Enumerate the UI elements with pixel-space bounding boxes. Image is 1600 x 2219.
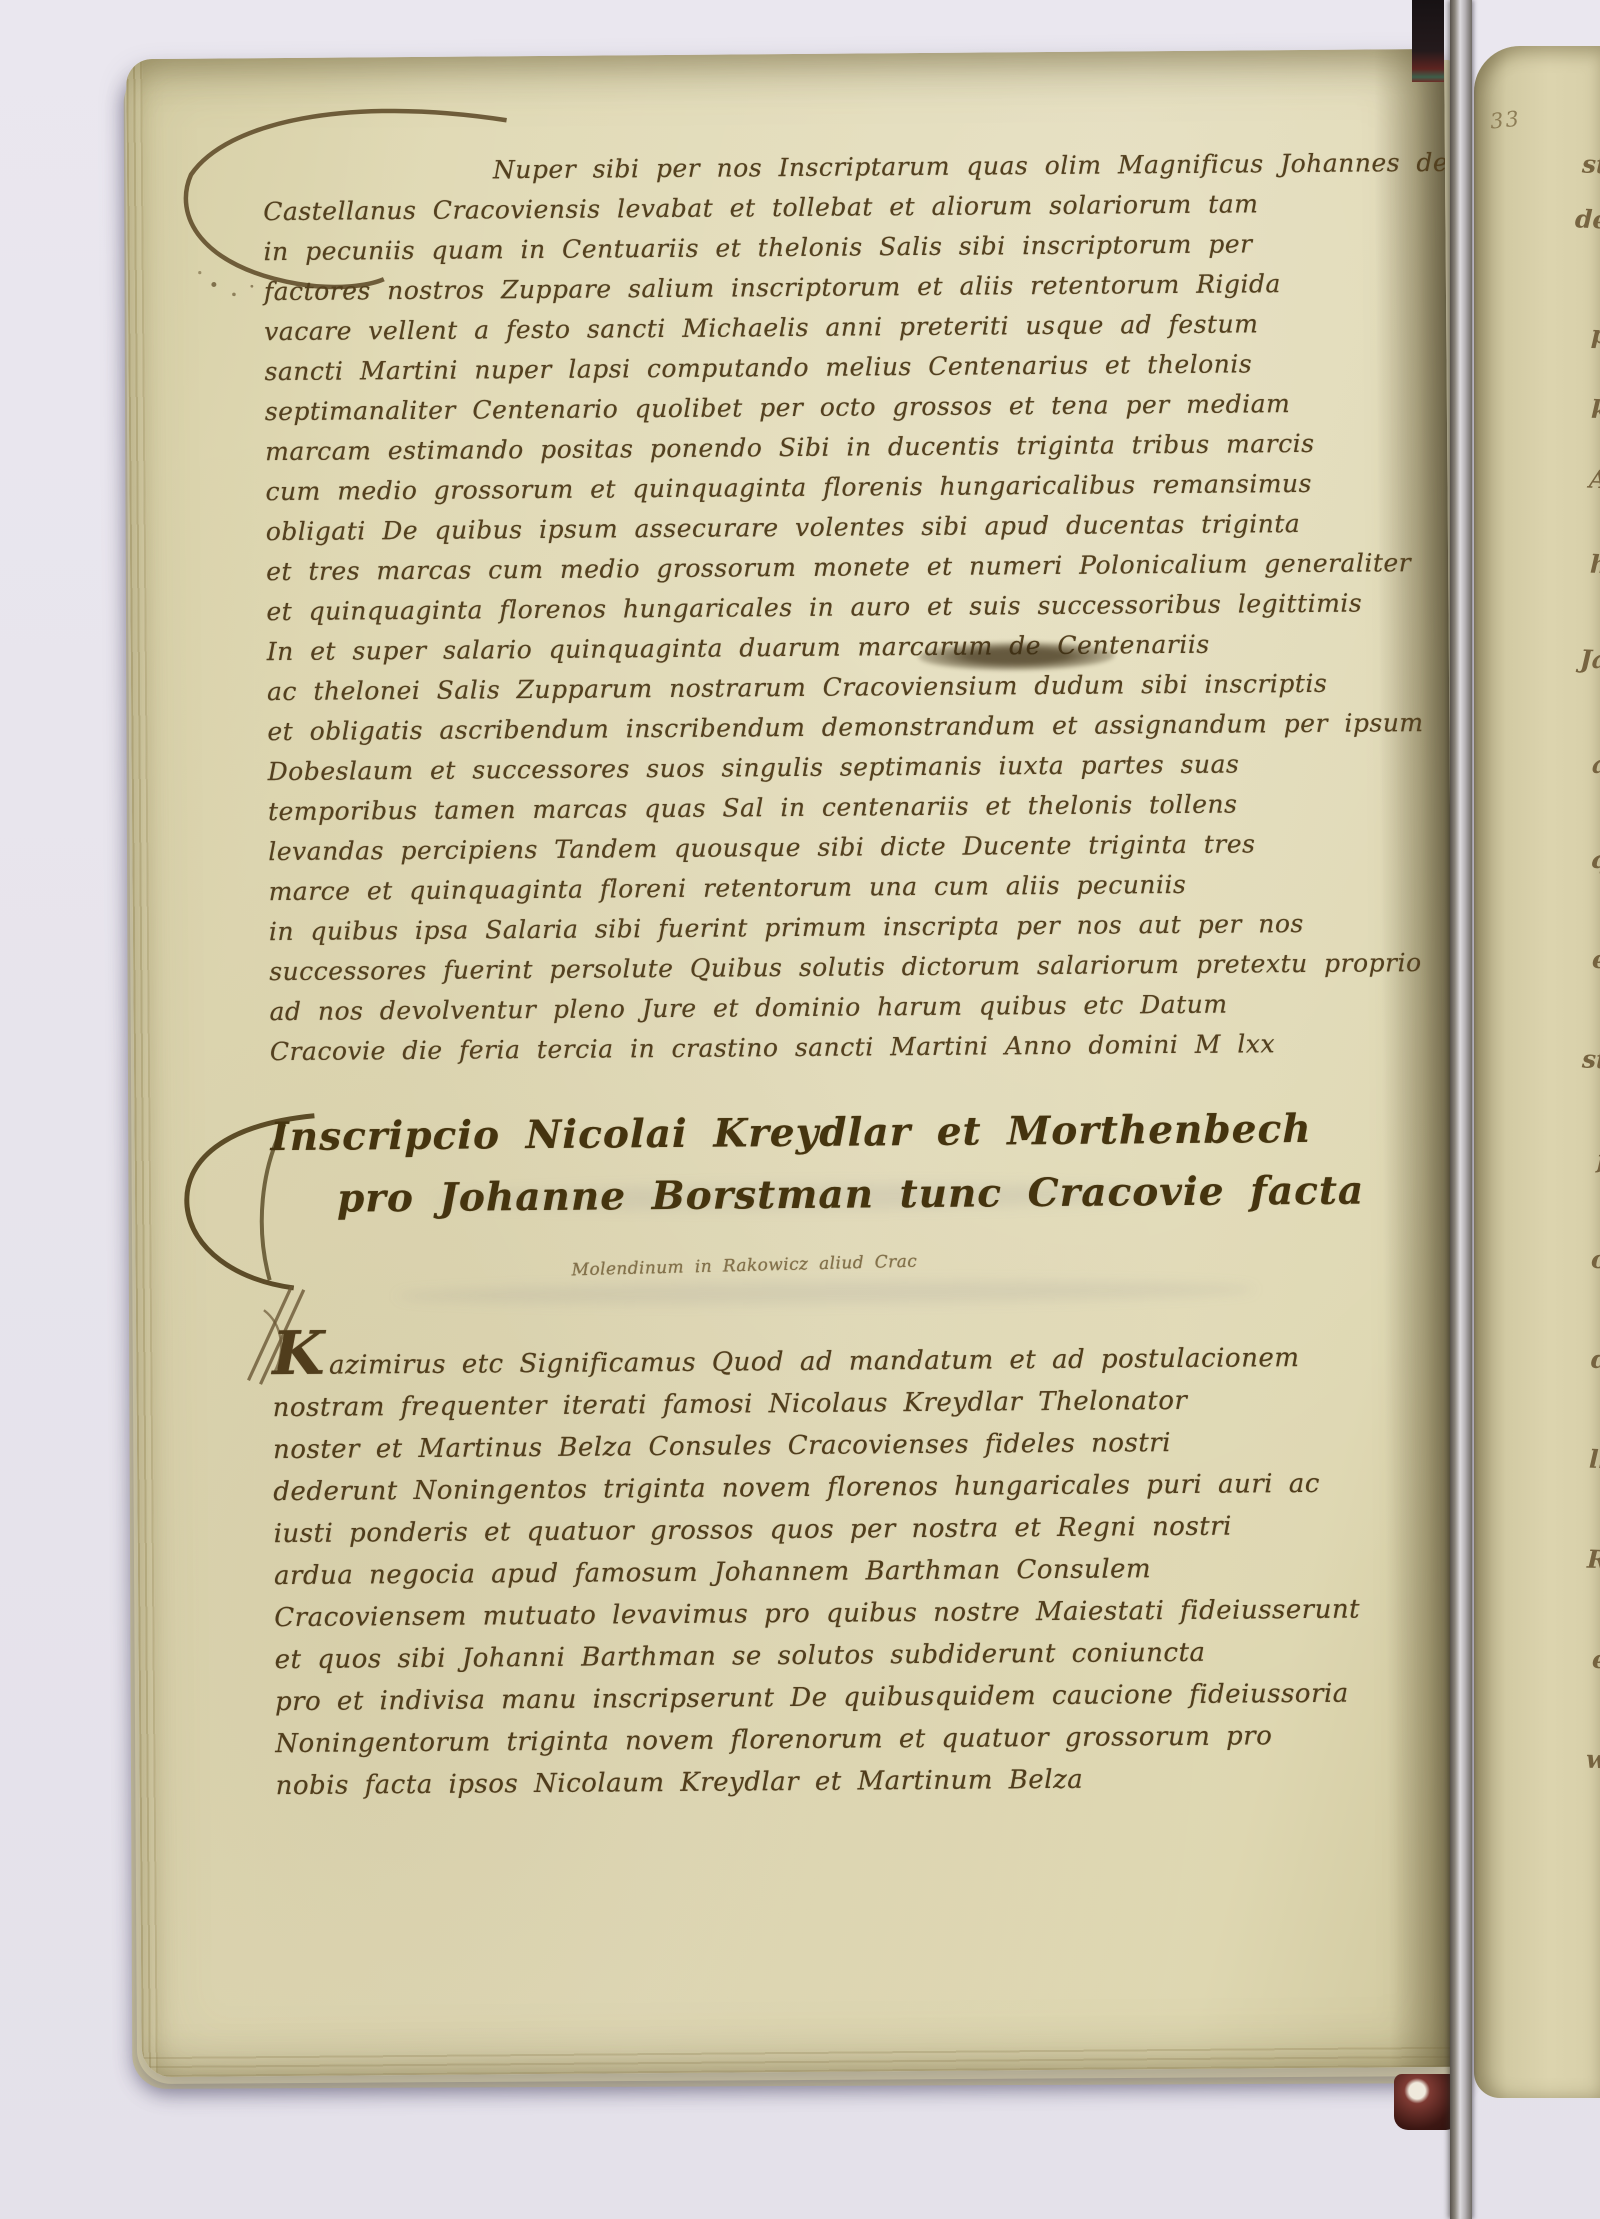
edge-text-fragment: p — [1590, 320, 1600, 350]
edge-text-fragment: k — [1590, 395, 1600, 425]
edge-text-fragment: li — [1588, 1445, 1600, 1475]
heading-line: Inscripcio Nicolai Kreydlar et Morthenbe… — [270, 1097, 1390, 1168]
heading-line: pro Johanne Borstman tunc Cracovie facta — [271, 1159, 1391, 1230]
next-page-sliver: 33 stdepkAhJaaqestfodliRew — [1474, 46, 1600, 2098]
folio-page-number: 33 — [1489, 106, 1522, 133]
manuscript-line: Cracovie die feria tercia in crastino sa… — [270, 1023, 1390, 1072]
rod-top-clamp — [1412, 0, 1444, 82]
edge-text-fragment: o — [1591, 1245, 1600, 1275]
edge-text-fragment: st — [1582, 1045, 1600, 1075]
edge-text-fragment: h — [1589, 550, 1600, 580]
show-through-smudge — [396, 1278, 1256, 1307]
edge-text-fragment: A — [1588, 465, 1600, 495]
edge-text-fragment: e — [1592, 945, 1600, 975]
manuscript-line: nobis facta ipsos Nicolaum Kreydlar et M… — [275, 1756, 1395, 1807]
edge-text-fragment: w — [1586, 1745, 1600, 1775]
manuscript-line: iusti ponderis et quatuor grossos quos p… — [274, 1504, 1394, 1555]
edge-text-fragment: a — [1591, 750, 1600, 780]
edge-text-fragment: e — [1592, 1645, 1600, 1675]
edge-text-fragment: R — [1587, 1545, 1600, 1575]
manuscript-line: Kazimirus etc Significamus Quod ad manda… — [272, 1331, 1392, 1387]
manuscript-photo: Nuper sibi per nos Inscriptarum quas oli… — [0, 0, 1600, 2219]
text-paragraph-1: Nuper sibi per nos Inscriptarum quas oli… — [263, 143, 1390, 1072]
manuscript-line: Cracoviensem mutuato levavimus pro quibu… — [274, 1588, 1394, 1639]
section-heading: Inscripcio Nicolai Kreydlar et Morthenbe… — [270, 1097, 1391, 1230]
edge-text-fragments: stdepkAhJaaqestfodliRew — [1560, 46, 1600, 2098]
edge-text-fragment: Ja — [1579, 645, 1600, 675]
edge-text-fragment: q — [1590, 845, 1600, 875]
text-paragraph-2: Kazimirus etc Significamus Quod ad manda… — [272, 1331, 1396, 1807]
edge-text-fragment: d — [1590, 1345, 1600, 1375]
left-page: Nuper sibi per nos Inscriptarum quas oli… — [126, 49, 1460, 2077]
marginal-note: Molendinum in Rakowicz aliud Crac — [571, 1244, 1211, 1280]
edge-text-fragment: de — [1574, 204, 1600, 234]
manuscript-line: Noningentorum triginta novem florenorum … — [275, 1714, 1395, 1765]
edge-text-fragment: st — [1582, 150, 1600, 180]
book-clamp-rod — [1450, 0, 1472, 2219]
